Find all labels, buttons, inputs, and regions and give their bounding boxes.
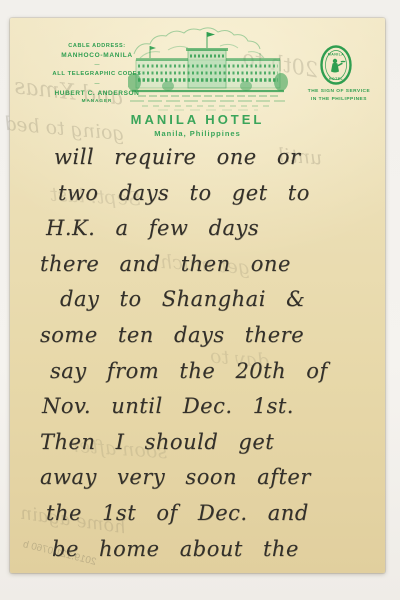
letter-line: there and then one: [40, 247, 370, 283]
bellhop-figure-icon: [331, 59, 345, 73]
letter-line: the 1st of Dec. and: [46, 496, 370, 532]
letter-line: Then I should get: [40, 425, 370, 461]
letter-line: H.K. a few days: [46, 211, 370, 247]
letter-line: day to Shanghai &: [60, 282, 370, 318]
letter-line: Nov. until Dec. 1st.: [42, 389, 370, 425]
hotel-seal-emblem: MANILA HOTEL: [316, 40, 356, 90]
letter-line: will require one or: [54, 140, 370, 176]
handwritten-letter-body: will require one or two days to get to H…: [40, 140, 370, 567]
slogan-line2: IN THE PHILIPPINES: [306, 96, 372, 104]
hotel-name: MANILA HOTEL: [10, 112, 385, 127]
letter-line: away very soon after: [40, 460, 370, 496]
letterhead-title: MANILA HOTEL Manila, Philippines: [10, 112, 385, 138]
scanned-letter-photo: and Xmas going to bed 20th to until Sept…: [0, 0, 400, 600]
hotel-location: Manila, Philippines: [10, 129, 385, 138]
emblem-top-label: MANILA: [328, 53, 344, 57]
letter-line: be home about the: [52, 532, 370, 568]
slogan: THE SIGN OF SERVICE IN THE PHILIPPINES: [306, 88, 372, 104]
letter-line: say from the 20th of: [50, 354, 370, 390]
letter-line: some ten days there: [40, 318, 370, 354]
letter-paper: and Xmas going to bed 20th to until Sept…: [10, 18, 385, 573]
letter-line: two days to get to: [58, 176, 370, 212]
emblem-bottom-label: HOTEL: [329, 77, 344, 81]
slogan-line1: THE SIGN OF SERVICE: [306, 88, 372, 96]
hotel-building-illustration: [128, 20, 288, 116]
